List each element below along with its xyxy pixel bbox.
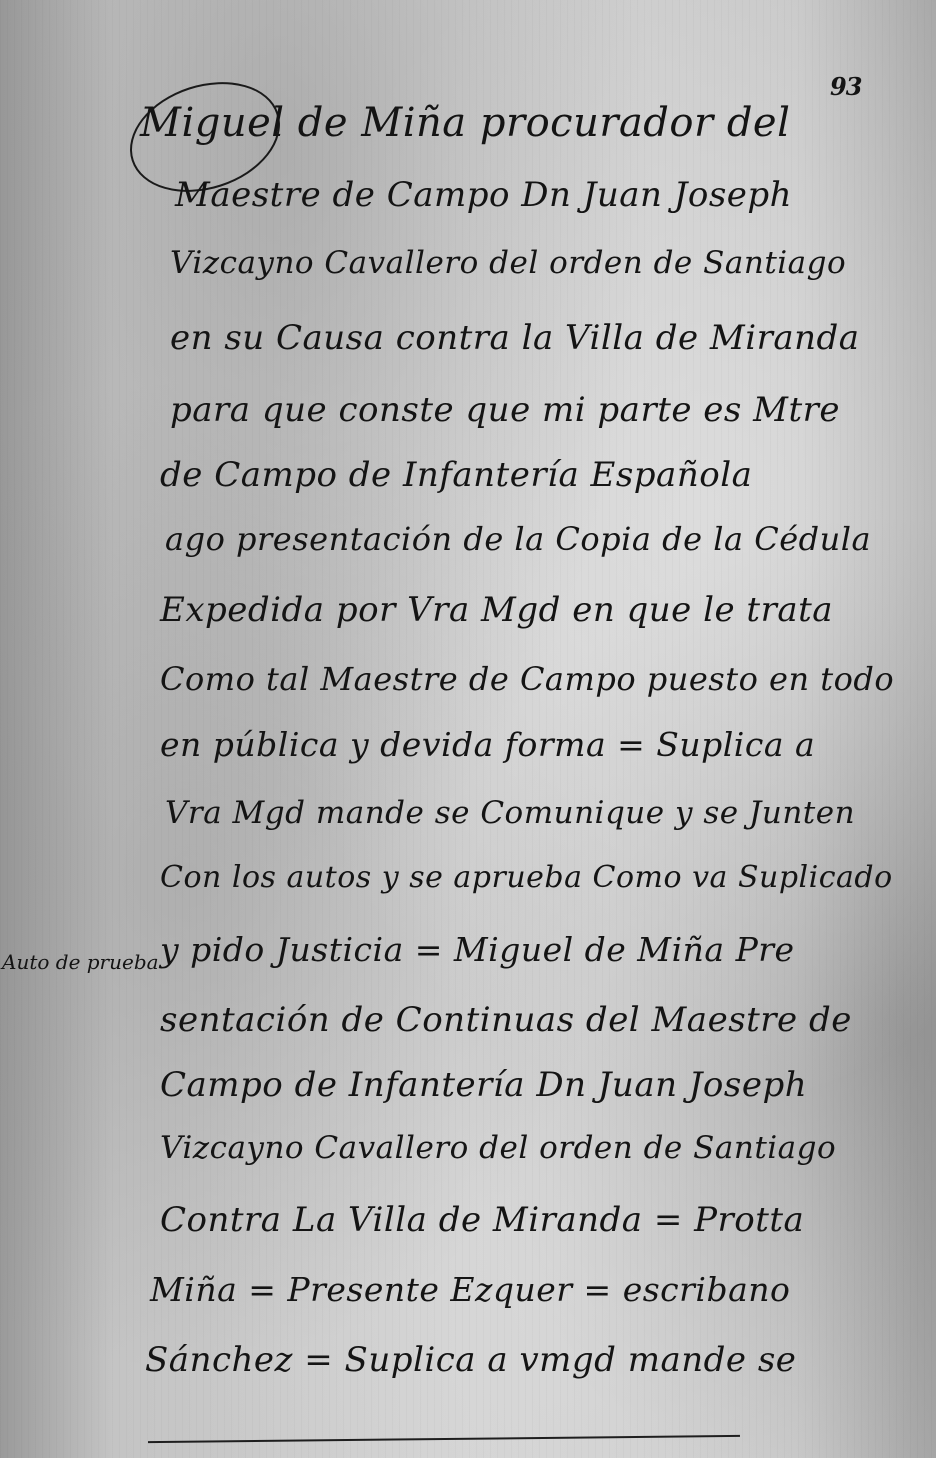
- closing-rule-line: [148, 1435, 740, 1443]
- text-line-4: en su Causa contra la Villa de Miranda: [170, 318, 860, 358]
- manuscript-page: 93 Miguel de Miña procurador del Maestre…: [0, 0, 936, 1458]
- text-line-3: Vizcayno Cavallero del orden de Santiago: [170, 245, 846, 281]
- folio-number: 93: [830, 72, 861, 101]
- text-line-8: Expedida por Vra Mgd en que le trata: [160, 590, 833, 630]
- text-line-1: Miguel de Miña procurador del: [140, 100, 790, 146]
- text-line-6: de Campo de Infantería Española: [160, 455, 752, 495]
- text-line-11: Vra Mgd mande se Comunique y se Junten: [165, 795, 855, 831]
- text-line-19: Sánchez = Suplica a vmgd mande se: [145, 1340, 796, 1380]
- text-line-17: Contra La Villa de Miranda = Protta: [160, 1200, 804, 1240]
- text-line-9: Como tal Maestre de Campo puesto en todo: [160, 660, 894, 698]
- text-line-7: ago presentación de la Copia de la Cédul…: [165, 520, 871, 558]
- margin-note: Auto de prueba: [2, 950, 159, 974]
- text-line-16: Vizcayno Cavallero del orden de Santiago: [160, 1130, 836, 1166]
- text-line-18: Miña = Presente Ezquer = escribano: [150, 1270, 790, 1309]
- text-line-15: Campo de Infantería Dn Juan Joseph: [160, 1065, 807, 1105]
- text-line-13: y pido Justicia = Miguel de Miña Pre: [160, 930, 795, 969]
- text-line-10: en pública y devida forma = Suplica a: [160, 725, 815, 764]
- text-line-12: Con los autos y se aprueba Como va Supli…: [160, 860, 893, 895]
- text-line-14: sentación de Continuas del Maestre de: [160, 1000, 852, 1040]
- text-line-5: para que conste que mi parte es Mtre: [170, 390, 840, 430]
- text-line-2: Maestre de Campo Dn Juan Joseph: [175, 175, 792, 215]
